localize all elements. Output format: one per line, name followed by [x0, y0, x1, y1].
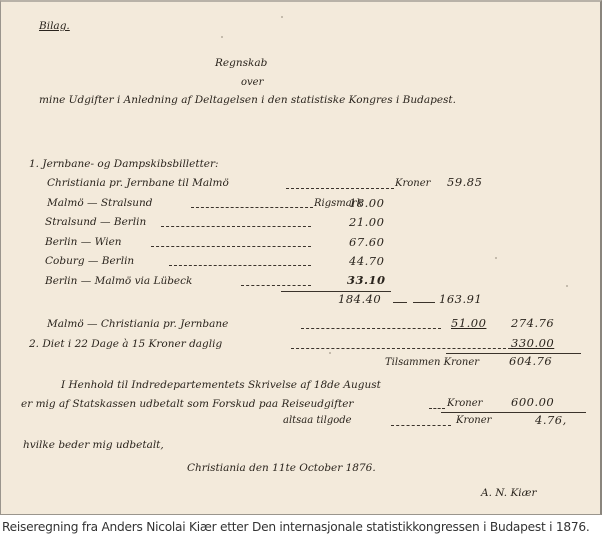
total-amount: 604.76: [509, 356, 552, 368]
place-date: Christiania den 11te October 1876.: [187, 463, 376, 474]
advance-amount: 600.00: [511, 397, 554, 409]
equals-mark: [393, 302, 407, 303]
total-label: Tilsammen Kroner: [385, 358, 479, 368]
closing-text: hvilke beder mig udbetalt,: [23, 440, 164, 451]
leader-dashes: [391, 425, 451, 426]
leader-dashes: [151, 246, 311, 247]
balance-label: altsaa tilgode: [283, 416, 352, 426]
leader-dashes: [161, 226, 311, 227]
document-label: Bilag.: [39, 21, 70, 32]
document-title-over: over: [241, 78, 263, 88]
scanned-document: Bilag. Regnskab over mine Udgifter i Anl…: [0, 0, 602, 515]
leader-dashes: [429, 408, 445, 409]
expense-route: Stralsund — Berlin: [45, 217, 146, 228]
leader-dashes: [291, 348, 511, 349]
expense-amount: 59.85: [447, 177, 482, 189]
paper-speck: [221, 36, 223, 38]
leader-dashes: [169, 265, 311, 266]
balance-currency: Kroner: [456, 416, 491, 426]
expense-route: Malmö — Stralsund: [47, 198, 153, 209]
subtotal-kroner: 163.91: [439, 294, 482, 306]
expense-route: Berlin — Malmö via Lübeck: [45, 276, 192, 287]
paper-speck: [329, 352, 331, 354]
equals-dash: [413, 302, 435, 303]
leader-dashes: [191, 207, 313, 208]
document-title: Regnskab: [215, 58, 267, 69]
diet-amount: 330.00: [511, 338, 554, 350]
leader-dashes: [301, 328, 441, 329]
section1-heading: 1. Jernbane- og Dampskibsbilletter:: [29, 159, 219, 170]
leader-dashes: [241, 285, 311, 286]
return-trip-route: Malmö — Christiania pr. Jernbane: [47, 319, 228, 330]
signature: A. N. Kiær: [481, 488, 537, 499]
expense-amount: 21.00: [349, 217, 384, 229]
expense-currency: Kroner: [395, 179, 430, 189]
section2-diet: 2. Diet i 22 Dage à 15 Kroner daglig: [29, 339, 222, 350]
return-trip-amount: 51.00: [451, 318, 486, 330]
document-subtitle: mine Udgifter i Anledning af Deltagelsen…: [39, 95, 456, 106]
expense-amount: 33.10: [347, 275, 386, 287]
paper-speck: [495, 257, 497, 259]
running-total: 274.76: [511, 318, 554, 330]
subtotal-rigsmark: 184.40: [338, 294, 381, 306]
advance-line2: er mig af Statskassen udbetalt som Forsk…: [21, 399, 353, 410]
expense-route: Berlin — Wien: [45, 237, 122, 248]
expense-amount: 18.00: [349, 198, 384, 210]
paper-speck: [281, 16, 283, 18]
paper-speck: [566, 285, 568, 287]
advance-line1: I Henhold til Indredepartementets Skrive…: [61, 380, 381, 391]
balance-amount: 4.76,: [535, 415, 567, 427]
expense-route: Christiania pr. Jernbane til Malmö: [47, 178, 229, 189]
expense-route: Coburg — Berlin: [45, 256, 134, 267]
advance-currency: Kroner: [447, 399, 482, 409]
leader-dashes: [286, 188, 394, 189]
expense-amount: 67.60: [349, 237, 384, 249]
expense-amount: 44.70: [349, 256, 384, 268]
image-caption: Reiseregning fra Anders Nicolai Kiær ett…: [2, 520, 590, 534]
